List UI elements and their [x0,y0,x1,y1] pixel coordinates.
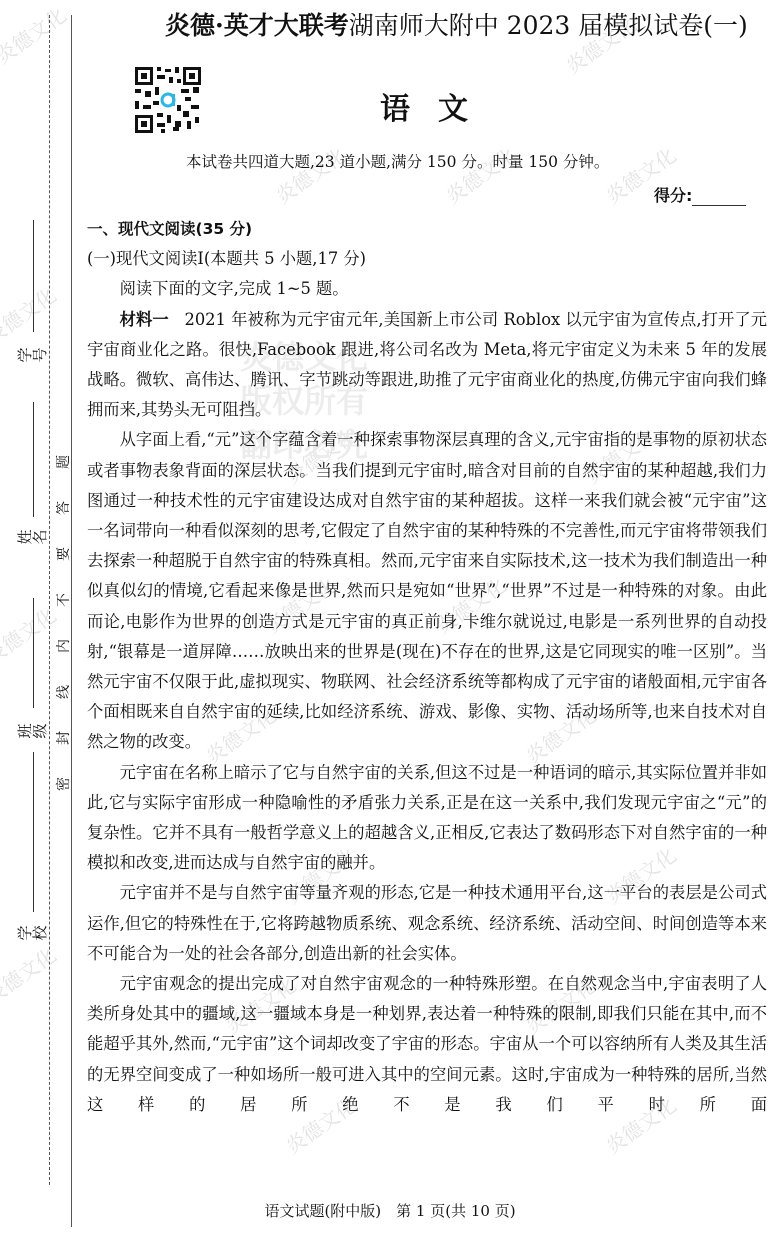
seal-char: 封 [53,730,73,746]
score-field: 得分: [654,183,746,206]
section-heading: 一、现代文阅读(35 分) [87,214,767,244]
school-blank[interactable] [33,752,34,912]
school-label: 学校 [25,918,41,948]
paragraph: 从字面上看,“元”这个字蕴含着一种探索事物深层真理的含义,元宇宙指的是事物的原初… [87,425,767,757]
seal-char: 答 [53,500,73,516]
paragraph-text: 2021 年被称为元宇宙元年,美国新上市公司 Roblox 以元宇宙为宣传点,打… [87,310,767,420]
seal-char: 密 [53,776,73,792]
exam-brand: 炎德·英才大联考 [165,11,349,40]
student-id-label: 学号 [25,340,41,370]
watermark: 炎德文化 [0,0,71,69]
score-label: 得分: [654,186,692,205]
seal-char: 线 [53,684,73,700]
seal-char: 题 [53,454,73,470]
score-blank[interactable] [692,191,746,206]
subsection-heading: (一)现代文阅读Ⅰ(本题共 5 小题,17 分) [87,244,767,274]
paragraph: 元宇宙在名称上暗示了它与自然宇宙的关系,但这不过是一种语词的暗示,其实际位置并非… [87,758,767,879]
binding-dotted-line [49,15,50,1185]
exam-info: 本试卷共四道大题,23 道小题,满分 150 分。时量 150 分钟。 [186,150,609,172]
name-blank[interactable] [33,402,34,517]
reading-section: 一、现代文阅读(35 分) (一)现代文阅读Ⅰ(本题共 5 小题,17 分) 阅… [87,214,767,1120]
watermark: 炎德文化 [0,280,61,350]
class-label: 班级 [25,716,41,746]
instruction: 阅读下面的文字,完成 1~5 题。 [87,274,767,304]
seal-char: 不 [53,592,73,608]
watermark: 炎德文化 [0,940,61,1010]
exam-title: 炎德·英才大联考湖南师大附中 2023 届模拟试卷(一) [165,6,748,42]
material-label: 材料一 [120,310,169,329]
paragraph: 材料一 2021 年被称为元宇宙元年,美国新上市公司 Roblox 以元宇宙为宣… [87,305,767,426]
class-blank[interactable] [33,598,34,708]
seal-notice: 密 封 线 内 不 要 答 题 [55,420,71,820]
seal-char: 内 [53,638,73,654]
qr-code-icon[interactable] [133,65,203,135]
page-border-line [71,15,72,1227]
page-footer: 语文试题(附中版) 第 1 页(共 10 页) [0,1200,780,1221]
seal-char: 要 [53,546,73,562]
paragraph: 元宇宙并不是与自然宇宙等量齐观的形态,它是一种技术通用平台,这一平台的表层是公司… [87,878,767,969]
name-label: 姓名 [25,522,41,552]
subject-title: 语文 [380,84,496,128]
watermark: 炎德文化 [0,600,61,670]
paragraph: 元宇宙观念的提出完成了对自然宇宙观念的一种特殊形塑。在自然观念当中,宇宙表明了人… [87,969,767,1120]
exam-name: 湖南师大附中 2023 届模拟试卷(一) [349,11,748,40]
student-id-blank[interactable] [33,220,34,332]
